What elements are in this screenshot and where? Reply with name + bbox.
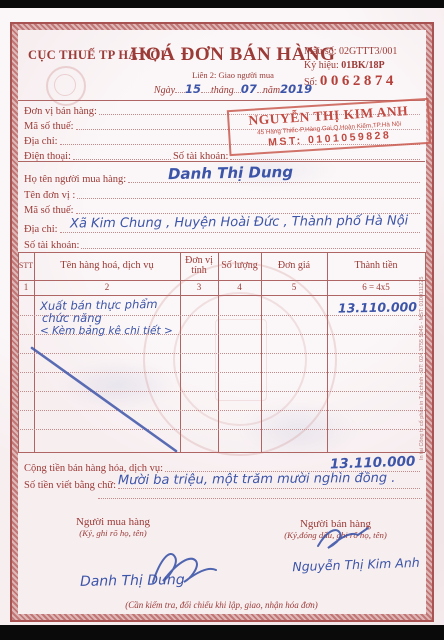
- printer-note: In tại Công ty cổ phần in Tài chính - ĐT…: [419, 280, 425, 460]
- check-note: (Cần kiểm tra, đối chiếu khi lập, giao, …: [18, 600, 425, 610]
- invoice-content-area: CỤC THUẾ TP HÀ NỘI HOÁ ĐƠN BÁN HÀNG Liên…: [18, 30, 426, 614]
- signature-scribbles: [18, 30, 425, 628]
- buyer-name-signature: Danh Thị Dung: [80, 572, 185, 590]
- photo-of-invoice: CỤC THUẾ TP HÀ NỘI HOÁ ĐƠN BÁN HÀNG Liên…: [0, 0, 444, 640]
- invoice-paper: CỤC THUẾ TP HÀ NỘI HOÁ ĐƠN BÁN HÀNG Liên…: [0, 8, 444, 625]
- decorative-border: CỤC THUẾ TP HÀ NỘI HOÁ ĐƠN BÁN HÀNG Liên…: [11, 23, 433, 621]
- table-right-border: [425, 252, 426, 452]
